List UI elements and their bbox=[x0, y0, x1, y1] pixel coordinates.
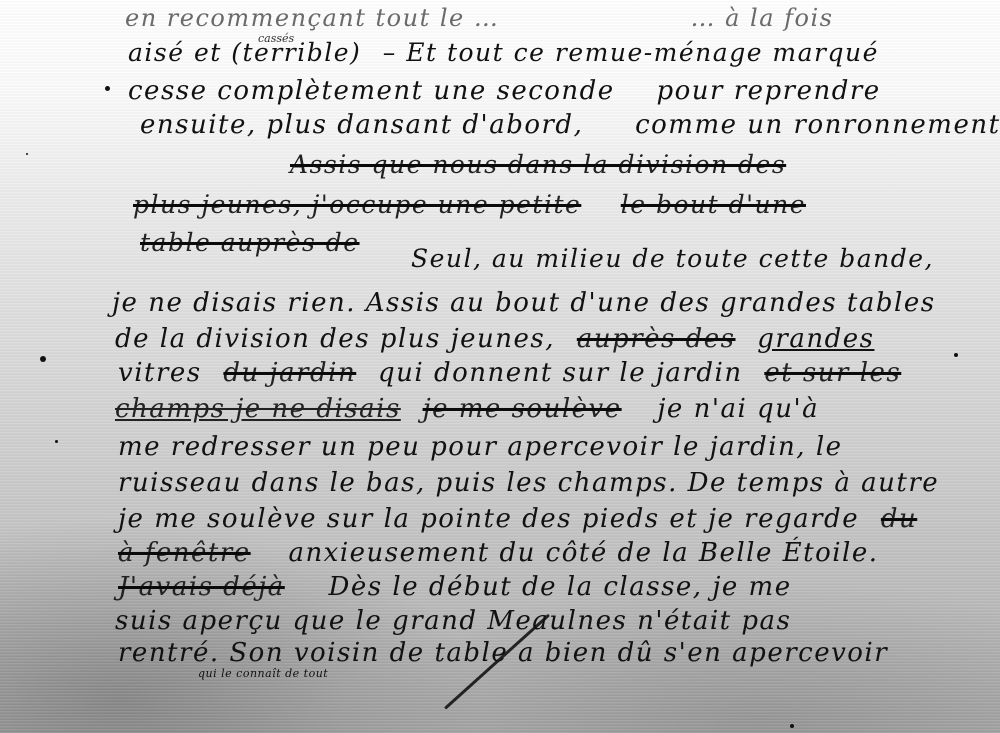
ink-dot bbox=[790, 724, 794, 728]
line-segment: vitres bbox=[118, 360, 202, 386]
line-segment: qui donnent sur le jardin bbox=[378, 360, 743, 386]
ink-dot bbox=[40, 356, 46, 362]
manuscript-line: en recommençant tout le … … à la fois bbox=[125, 6, 846, 30]
line-segment: pour reprendre bbox=[656, 78, 880, 104]
manuscript-line: cesse complètement une seconde pour repr… bbox=[128, 78, 893, 104]
manuscript-page: cassés en recommençant tout le … … à la … bbox=[0, 0, 1000, 733]
line-segment: je ne disais rien. Assis au bout d'une d… bbox=[112, 290, 936, 316]
line-segment: ruisseau dans le bas, puis les champs. D… bbox=[118, 470, 939, 496]
struck-segment: à fenêtre bbox=[118, 540, 251, 566]
ink-dot bbox=[55, 440, 58, 443]
manuscript-line: J'avais déjà J'avais déjà Dès le début d… bbox=[118, 574, 804, 600]
line-segment: – Et tout ce remue-ménage marqué bbox=[383, 40, 879, 65]
struck-segment: Assis que nous dans la division des bbox=[290, 152, 786, 177]
line-segment: anxieusement du côté de la Belle Étoile. bbox=[288, 540, 878, 566]
struck-segment: J'avais déjà bbox=[118, 574, 285, 600]
struck-segment: le bout d'une bbox=[621, 192, 806, 217]
line-segment: Seul, au milieu de toute cette bande, bbox=[411, 246, 934, 271]
struck-segment: je me soulève bbox=[423, 396, 622, 422]
line-segment: cesse complètement une seconde bbox=[128, 78, 615, 104]
manuscript-line: table auprès de Seul, au milieu de toute… bbox=[140, 230, 946, 255]
struck-segment: auprès des bbox=[577, 326, 736, 352]
manuscript-line: vitres du jardin qui donnent sur le jard… bbox=[118, 360, 913, 386]
line-segment: Dès le début de la classe, je me bbox=[329, 574, 792, 600]
manuscript-line: plus jeunes, j'occupe une petite le bout… bbox=[133, 192, 818, 217]
manuscript-line: ensuite, plus dansant d'abord, comme un … bbox=[140, 112, 1000, 138]
line-segment: ensuite, plus dansant d'abord, bbox=[140, 112, 583, 138]
line-segment: rentré. Son voisin de table a bien dû s'… bbox=[118, 640, 888, 666]
line-segment: … à la fois bbox=[690, 6, 833, 30]
manuscript-line: aisé et (terrible) – Et tout ce remue-mé… bbox=[128, 40, 891, 65]
line-segment: comme un ronronnement bbox=[635, 112, 1000, 138]
struck-segment: du bbox=[881, 506, 917, 532]
line-segment: de la division des plus jeunes, bbox=[115, 326, 555, 352]
manuscript-line: de la division des plus jeunes, auprès d… bbox=[115, 326, 886, 352]
manuscript-line: rentré. Son voisin de table a bien dû s'… bbox=[118, 640, 900, 666]
struck-segment: plus jeunes, j'occupe une petite bbox=[133, 192, 581, 217]
manuscript-line: je me soulève sur la pointe des pieds et… bbox=[118, 506, 929, 532]
line-segment: me redresser un peu pour apercevoir le j… bbox=[118, 434, 843, 460]
ink-dot bbox=[26, 153, 28, 155]
struck-segment: table auprès de bbox=[140, 230, 360, 255]
manuscript-line: me redresser un peu pour apercevoir le j… bbox=[118, 434, 855, 460]
interlinear-insertion: qui le connaît de tout bbox=[198, 668, 340, 679]
manuscript-line: Assis que nous dans la division des bbox=[290, 152, 798, 177]
line-segment: suis aperçu que le grand Meaulnes n'étai… bbox=[115, 608, 791, 634]
line-segment: aisé et (terrible) bbox=[128, 40, 361, 65]
ink-dot bbox=[954, 353, 958, 357]
line-segment: grandes bbox=[757, 326, 874, 352]
ink-dot bbox=[105, 86, 110, 91]
manuscript-line: je ne disais rien. Assis au bout d'une d… bbox=[112, 290, 948, 316]
manuscript-line: champs je ne disais je me soulève je n'a… bbox=[115, 396, 831, 422]
line-segment: je n'ai qu'à bbox=[657, 396, 819, 422]
struck-segment: du jardin bbox=[223, 360, 356, 386]
line-segment: qui le connaît de tout bbox=[198, 668, 328, 679]
line-segment: en recommençant tout le … bbox=[125, 6, 499, 30]
struck-segment: champs je ne disais bbox=[115, 396, 401, 422]
manuscript-line: ruisseau dans le bas, puis les champs. D… bbox=[118, 470, 951, 496]
line-segment: je me soulève sur la pointe des pieds et… bbox=[118, 506, 859, 532]
manuscript-line: à fenêtre anxieusement du côté de la Bel… bbox=[118, 540, 891, 566]
struck-segment: et sur les bbox=[764, 360, 901, 386]
manuscript-line: suis aperçu que le grand Meaulnes n'étai… bbox=[115, 608, 803, 634]
